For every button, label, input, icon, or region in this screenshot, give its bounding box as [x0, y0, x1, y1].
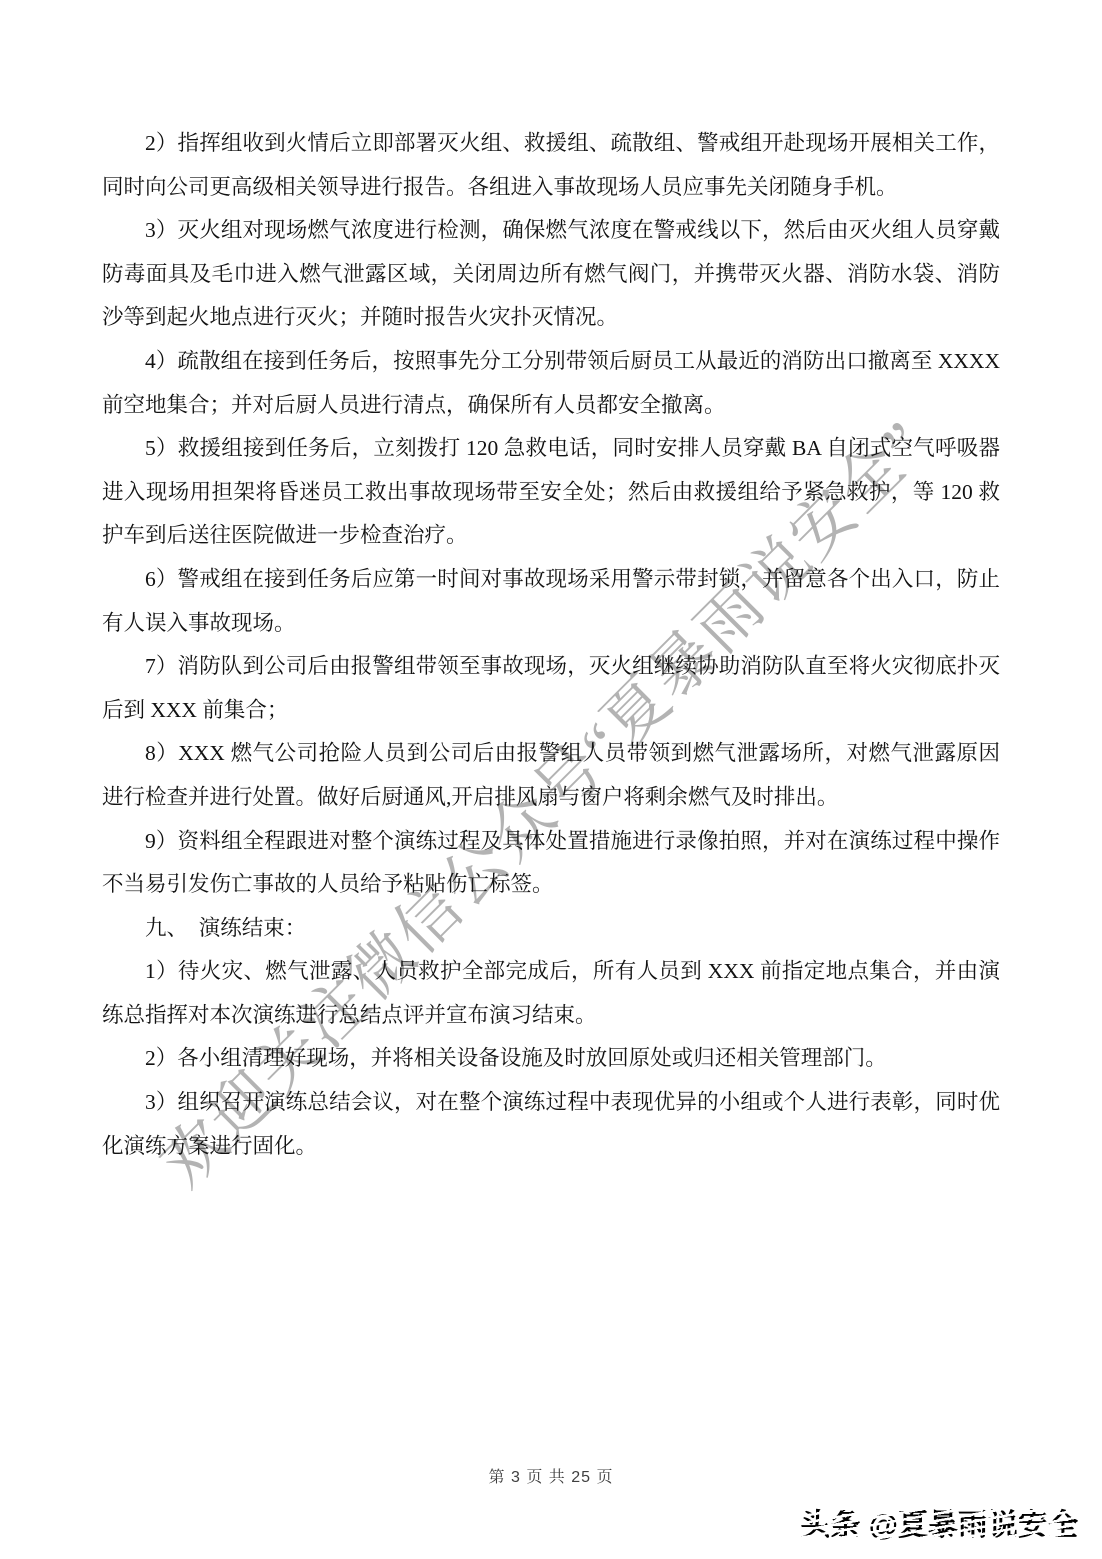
section-heading: 九、 演练结束：: [102, 907, 1000, 951]
paragraph: 9）资料组全程跟进对整个演练过程及具体处置措施进行录像拍照，并对在演练过程中操作…: [102, 820, 1000, 907]
paragraph: 2）指挥组收到火情后立即部署灭火组、救援组、疏散组、警戒组开赴现场开展相关工作，…: [102, 122, 1000, 209]
document-page: 欢迎关注微信公众号“夏暴雨说安全” 2）指挥组收到火情后立即部署灭火组、救援组、…: [0, 0, 1102, 1559]
paragraph: 3）灭火组对现场燃气浓度进行检测，确保燃气浓度在警戒线以下，然后由灭火组人员穿戴…: [102, 209, 1000, 340]
document-body: 2）指挥组收到火情后立即部署灭火组、救援组、疏散组、警戒组开赴现场开展相关工作，…: [102, 122, 1000, 1168]
paragraph: 7）消防队到公司后由报警组带领至事故现场，灭火组继续协助消防队直至将火灾彻底扑灭…: [102, 645, 1000, 732]
paragraph: 8）XXX 燃气公司抢险人员到公司后由报警组人员带领到燃气泄露场所，对燃气泄露原…: [102, 732, 1000, 819]
page-number: 第 3 页 共 25 页: [0, 1464, 1102, 1487]
paragraph: 5）救援组接到任务后，立刻拨打 120 急救电话，同时安排人员穿戴 BA 自闭式…: [102, 427, 1000, 558]
paragraph: 1）待火灾、燃气泄露、人员救护全部完成后，所有人员到 XXX 前指定地点集合，并…: [102, 950, 1000, 1037]
paragraph: 2）各小组清理好现场，并将相关设备设施及时放回原处或归还相关管理部门。: [102, 1037, 1000, 1081]
paragraph: 4）疏散组在接到任务后，按照事先分工分别带领后厨员工从最近的消防出口撤离至 XX…: [102, 340, 1000, 427]
paragraph: 6）警戒组在接到任务后应第一时间对事故现场采用警示带封锁，并留意各个出入口，防止…: [102, 558, 1000, 645]
paragraph: 3）组织召开演练总结会议，对在整个演练过程中表现优异的小组或个人进行表彰，同时优…: [102, 1081, 1000, 1168]
brand-watermark: 头条 @夏暴雨说安全: [800, 1500, 1078, 1544]
